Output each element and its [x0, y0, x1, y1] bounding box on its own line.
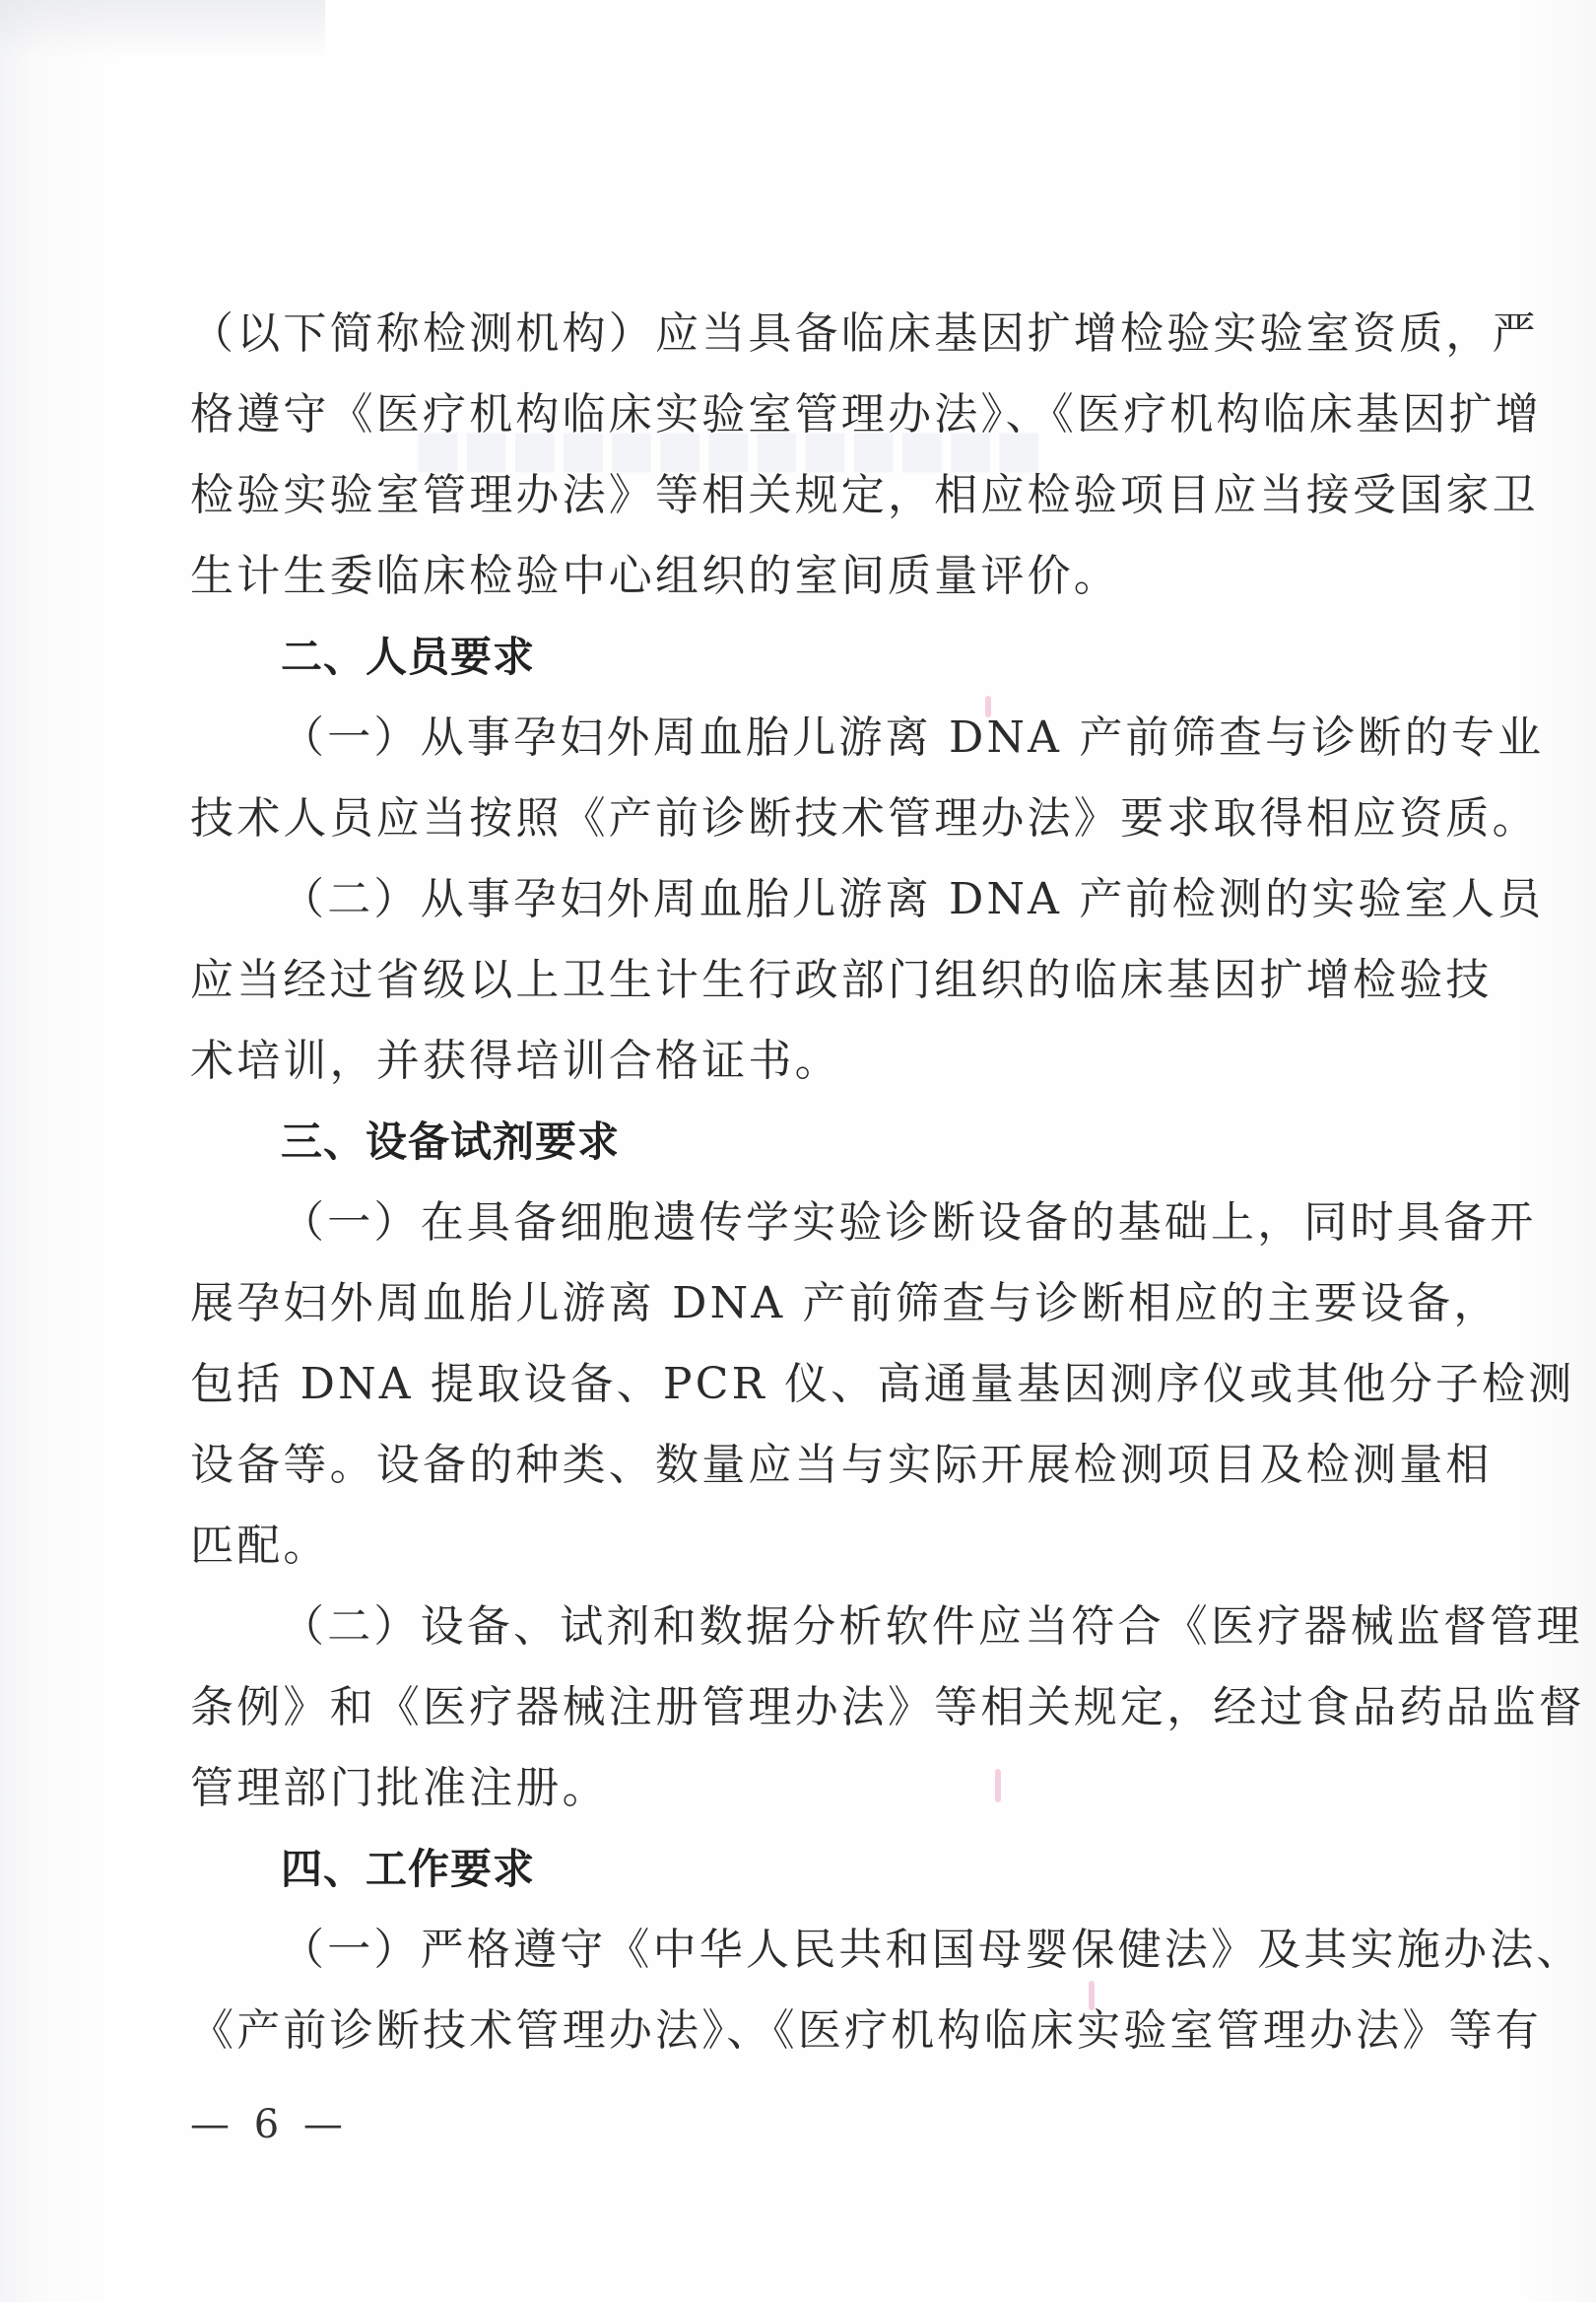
paragraph-line: 格遵守《医疗机构临床实验室管理办法》、《医疗机构临床基因扩增 [190, 374, 1402, 455]
section-heading-equipment: 三、设备试剂要求 [190, 1102, 1402, 1183]
paragraph-line: 包括 DNA 提取设备、PCR 仪、高通量基因测序仪或其他分子检测 [190, 1344, 1402, 1425]
paragraph-line: 设备等。设备的种类、数量应当与实际开展检测项目及检测量相 [190, 1425, 1402, 1506]
paragraph-line: （一）严格遵守《中华人民共和国母婴保健法》及其实施办法、 [190, 1910, 1402, 1991]
paragraph-line: 匹配。 [190, 1506, 1402, 1587]
paragraph-line: 应当经过省级以上卫生计生行政部门组织的临床基因扩增检验技 [190, 940, 1402, 1021]
document-body: （以下简称检测机构）应当具备临床基因扩增检验实验室资质，严 格遵守《医疗机构临床… [190, 294, 1402, 2071]
paragraph-line: 管理部门批准注册。 [190, 1748, 1402, 1829]
paragraph-line: 《产前诊断技术管理办法》、《医疗机构临床实验室管理办法》等有 [190, 1991, 1402, 2071]
section-heading-personnel: 二、人员要求 [190, 617, 1402, 698]
paragraph-line: 生计生委临床检验中心组织的室间质量评价。 [190, 536, 1402, 617]
paragraph-line: 展孕妇外周血胎儿游离 DNA 产前筛查与诊断相应的主要设备， [190, 1263, 1402, 1344]
section-heading-work: 四、工作要求 [190, 1829, 1402, 1910]
paragraph-line: （二）设备、试剂和数据分析软件应当符合《医疗器械监督管理 [190, 1587, 1402, 1667]
page-number: — 6 — [190, 2097, 349, 2152]
scan-shadow [0, 0, 325, 59]
scanned-page: ■■■■■■■■■■■■■ （以下简称检测机构）应当具备临床基因扩增检验实验室资… [0, 0, 1596, 2302]
paragraph-line: （一）在具备细胞遗传学实验诊断设备的基础上，同时具备开 [190, 1183, 1402, 1263]
paragraph-line: 技术人员应当按照《产前诊断技术管理办法》要求取得相应资质。 [190, 779, 1402, 859]
paragraph-line: 术培训，并获得培训合格证书。 [190, 1021, 1402, 1102]
paragraph-line: 检验实验室管理办法》等相关规定，相应检验项目应当接受国家卫 [190, 455, 1402, 536]
paragraph-line: （一）从事孕妇外周血胎儿游离 DNA 产前筛查与诊断的专业 [190, 698, 1402, 779]
paragraph-line: 条例》和《医疗器械注册管理办法》等相关规定，经过食品药品监督 [190, 1667, 1402, 1748]
paragraph-line: （以下简称检测机构）应当具备临床基因扩增检验实验室资质，严 [190, 294, 1402, 374]
paragraph-line: （二）从事孕妇外周血胎儿游离 DNA 产前检测的实验室人员 [190, 859, 1402, 940]
